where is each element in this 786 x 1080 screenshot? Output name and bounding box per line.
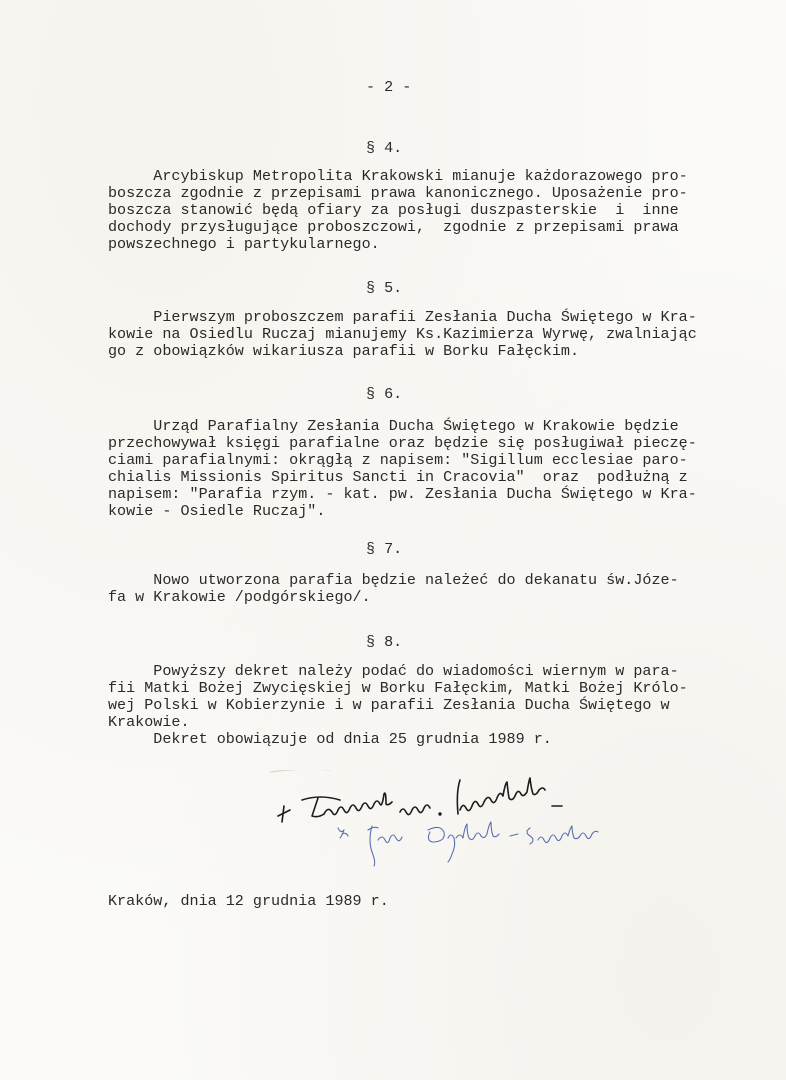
section-heading-5: § 5. [366, 280, 402, 297]
paragraph-line: Krakowie. [108, 714, 190, 731]
paragraph-line: kowie na Osiedlu Ruczaj mianujemy Ks.Kaz… [108, 326, 697, 343]
paragraph-line: powszechnego i partykularnego. [108, 236, 380, 253]
document-page: - 2 - § 4. Arcybiskup Metropolita Krakow… [0, 0, 786, 1080]
paragraph-line: chialis Missionis Spiritus Sancti in Cra… [108, 469, 688, 486]
section-heading-6: § 6. [366, 386, 402, 403]
signature-chancellor: ks. Jan Dyduch - kanclerz [338, 822, 598, 866]
paragraph-line: Arcybiskup Metropolita Krakowski mianuje… [108, 168, 688, 185]
paragraph-line: dochody przysługujące proboszczowi, zgod… [108, 219, 679, 236]
section-heading-4: § 4. [366, 140, 402, 157]
paragraph-line: napisem: "Parafia rzym. - kat. pw. Zesła… [108, 486, 697, 503]
paragraph-line: ciami parafialnymi: okrągłą z napisem: "… [108, 452, 688, 469]
paragraph-line: fii Matki Bożej Zwycięskiej w Borku Fałę… [108, 680, 688, 697]
section-heading-8: § 8. [366, 634, 402, 651]
paragraph-line: go z obowiązków wikariusza parafii w Bor… [108, 343, 579, 360]
paragraph-line: fa w Krakowie /podgórskiego/. [108, 589, 371, 606]
paragraph-line: Nowo utworzona parafia będzie należeć do… [108, 572, 679, 589]
paragraph-line: przechowywał księgi parafialne oraz będz… [108, 435, 697, 452]
paragraph-line: Pierwszym proboszczem parafii Zesłania D… [108, 309, 697, 326]
paragraph-line: kowie - Osiedle Ruczaj". [108, 503, 325, 520]
page-number: - 2 - [366, 79, 411, 96]
handwritten-signatures: + Franciszek kard. Macharski ks. Jan Dyd… [260, 770, 680, 870]
paragraph-line: boszcza zgodnie z przepisami prawa kanon… [108, 185, 688, 202]
section-heading-7: § 7. [366, 541, 402, 558]
paragraph-line: wej Polski w Kobierzynie i w parafii Zes… [108, 697, 670, 714]
paragraph-line: Powyższy dekret należy podać do wiadomoś… [108, 663, 679, 680]
paragraph-line: Urząd Parafialny Zesłania Ducha Świętego… [108, 418, 679, 435]
signature-cardinal [278, 778, 562, 822]
paragraph-line: Dekret obowiązuje od dnia 25 grudnia 198… [108, 731, 552, 748]
place-and-date: Kraków, dnia 12 grudnia 1989 r. [108, 893, 389, 910]
paragraph-line: boszcza stanowić będą ofiary za posługi … [108, 202, 679, 219]
